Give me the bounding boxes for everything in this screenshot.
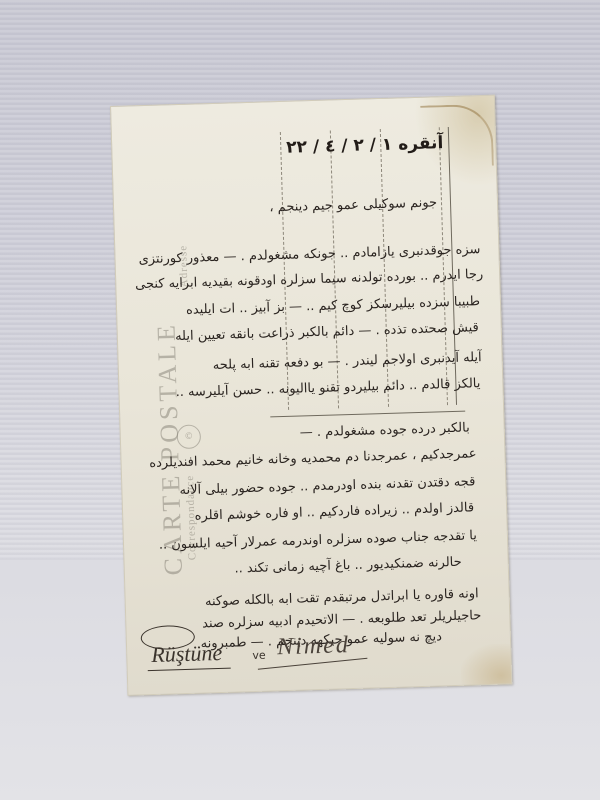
letter-line: عمرجدکیم ، عمرجدنا دم محمدیه وخانه خانیم… <box>149 446 477 471</box>
letter-line: سزه جوقدنبری یازامادم .. جونکه مشغولدم .… <box>138 242 480 267</box>
letter-line: یالکز قالدم .. دائم بیلیردو تقنو یاالیون… <box>175 376 480 400</box>
salutation: جونم سوکیلی عمو جیم دینجم ، <box>269 195 437 215</box>
stain-bottom-right <box>460 643 511 684</box>
publisher-logo-icon: © <box>176 424 201 449</box>
letter-line: بالکبر درده جوده مشغولدم . — <box>300 420 470 440</box>
letter-line: اونه قاوره یا ابراتدل مرتبقدم تقت ابه با… <box>205 586 479 609</box>
horizontal-divider <box>270 411 465 418</box>
letter-line: حالرنه ضمنکیدیور .. باغ آچیه زمانی تکند … <box>234 555 462 577</box>
letter-line: طبیبا سزده بیلیرسکز کوچ کیم .. — بز آبیز… <box>186 294 480 318</box>
letter-line: حاجیلریلر تعد طلوبعه . — الاتحیدم ادبیه … <box>202 608 482 631</box>
signature-second: Nimed <box>277 632 350 661</box>
signature-first: Rüştüne <box>147 640 231 671</box>
postcard: CARTE POSTALE Adresse Correspondance © آ… <box>110 95 512 696</box>
letter-line: یا تقدجه جناب صوده سزلره اوندرمه عمرلار … <box>159 528 478 552</box>
letter-line: قجه دقتدن تقدنه بنده اودرمدم .. جوده حضو… <box>179 474 475 498</box>
carte-postale-imprint: CARTE POSTALE <box>149 255 184 576</box>
signature-connector: ve <box>252 649 266 662</box>
letter-line: قالدز اولدم .. زیراده فاردکیم .. او فاره… <box>194 500 474 523</box>
letter-line: آیله آیدنبری اولاجم لیندر . — بو دفعه تق… <box>213 350 482 373</box>
letter-line: قیش صحتده تذده . — دائم بالکبر ذراعت بان… <box>175 320 479 344</box>
